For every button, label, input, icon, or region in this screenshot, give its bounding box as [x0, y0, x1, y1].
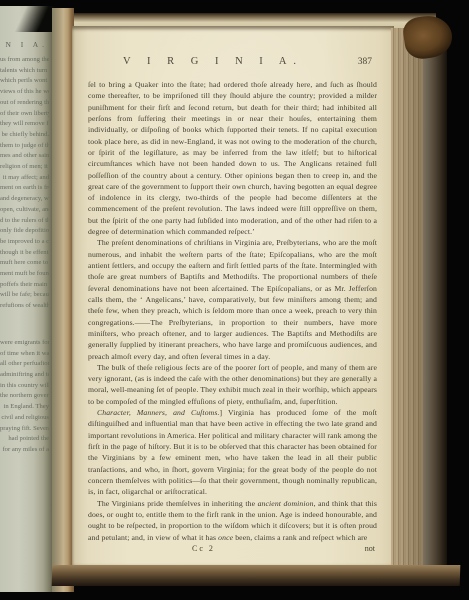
facing-text-line: had pointed the — [0, 434, 49, 445]
paragraph: The preſent denominations of chriſtians … — [88, 237, 377, 361]
facing-text-line: the northern govern — [0, 391, 49, 402]
text-segment: ſel to bring a Quaker into the ſtate; ha… — [88, 80, 377, 236]
facing-text-line: only fide depofitions — [0, 226, 49, 237]
facing-text-line: in England. They — [0, 402, 49, 413]
facing-page-edge: N I A. us from among thetalents which tu… — [0, 6, 54, 592]
facing-text-line: mes and other saints — [0, 151, 49, 162]
facing-running-header-fragment: N I A. — [0, 40, 48, 49]
facing-text-line: adminiftring and to — [0, 370, 49, 381]
facing-text-line: refufions of wealth — [0, 301, 49, 312]
facing-text-line: of time when it was — [0, 349, 49, 360]
paragraph: Character, Manners, and Cuſtoms.] Virgin… — [88, 407, 377, 498]
text-segment: The preſent denominations of chriſtians … — [88, 238, 377, 360]
facing-text-line: all other perfuafion — [0, 359, 49, 370]
body-text: ſel to bring a Quaker into the ſtate; ha… — [88, 79, 377, 543]
facing-text-line: ment muft be found — [0, 269, 49, 280]
page-header: V I R G I N I A. 387 — [72, 56, 394, 70]
facing-text-line: will be fafe; becaufe — [0, 290, 49, 301]
text-segment: ] Virginia has produced ſome of the moſt… — [88, 408, 377, 496]
facing-text-line: muft here come to all — [0, 258, 49, 269]
page-number: 387 — [358, 57, 372, 67]
facing-page-text: us from among thetalents which turn thew… — [0, 55, 54, 456]
text-segment: The bulk of theſe religious ſects are of… — [88, 363, 377, 406]
signature-line: Cc 2 not — [88, 544, 377, 558]
facing-text-line: be improved to a certain — [0, 237, 49, 248]
facing-text-line: though it be effential — [0, 248, 49, 259]
facing-text-line: civil and religious — [0, 413, 49, 424]
facing-text-line: be chiefly behind. — [0, 130, 49, 141]
paragraph: The bulk of theſe religious ſects are of… — [88, 362, 377, 407]
italic-text: ancient dominion — [258, 499, 314, 508]
facing-text-line: in this country will — [0, 381, 49, 392]
italic-text: Character, Manners, and Cuſtoms. — [97, 408, 219, 417]
facing-text-line: which perils wont as — [0, 76, 49, 87]
catchword: not — [365, 544, 375, 553]
facing-text-line: religion of men; it will — [0, 162, 49, 173]
bottom-page-edge — [52, 565, 461, 586]
cover-edge — [423, 32, 447, 572]
facing-text-line: out of rendering the per — [0, 98, 49, 109]
facing-text-line: they will remove from — [0, 119, 49, 130]
italic-text: once — [218, 533, 233, 542]
facing-text-line: ment on earth is from — [0, 183, 49, 194]
facing-text-line: and degeneracy, were — [0, 194, 49, 205]
facing-text-line: praying fift. Several — [0, 424, 49, 435]
text-segment: been, claims a rank and reſpect which ar… — [233, 533, 367, 542]
facing-text-line: talents which turn the — [0, 66, 49, 77]
signature-mark: Cc 2 — [192, 544, 215, 553]
facing-text-line: views of this he were — [0, 87, 49, 98]
facing-text-line: d to the rulers of the — [0, 216, 49, 227]
facing-text-line: it may affect; and — [0, 173, 49, 184]
facing-text-line: poffefs their main por — [0, 280, 49, 291]
running-header: V I R G I N I A. — [72, 56, 354, 67]
paragraph: The Virginians pride themſelves in inher… — [88, 498, 377, 543]
fore-edge — [391, 28, 423, 568]
gutter-shadow — [52, 8, 74, 592]
facing-text-line: them to judge of the times — [0, 141, 49, 152]
facing-text-line: of their own liberty — [0, 109, 49, 120]
facing-text-line — [0, 312, 49, 338]
paragraph: ſel to bring a Quaker into the ſtate; ha… — [88, 79, 377, 237]
book-photo-scene: N I A. us from among thetalents which tu… — [0, 0, 469, 600]
text-segment: The Virginians pride themſelves in inher… — [97, 499, 258, 508]
facing-text-line: us from among the — [0, 55, 49, 66]
facing-text-line: were emigrants for — [0, 338, 49, 349]
book-page: V I R G I N I A. 387 ſel to bring a Quak… — [72, 26, 394, 567]
facing-text-line: open, cultivate, and im — [0, 205, 49, 216]
facing-text-line: for any miles of a — [0, 445, 49, 456]
